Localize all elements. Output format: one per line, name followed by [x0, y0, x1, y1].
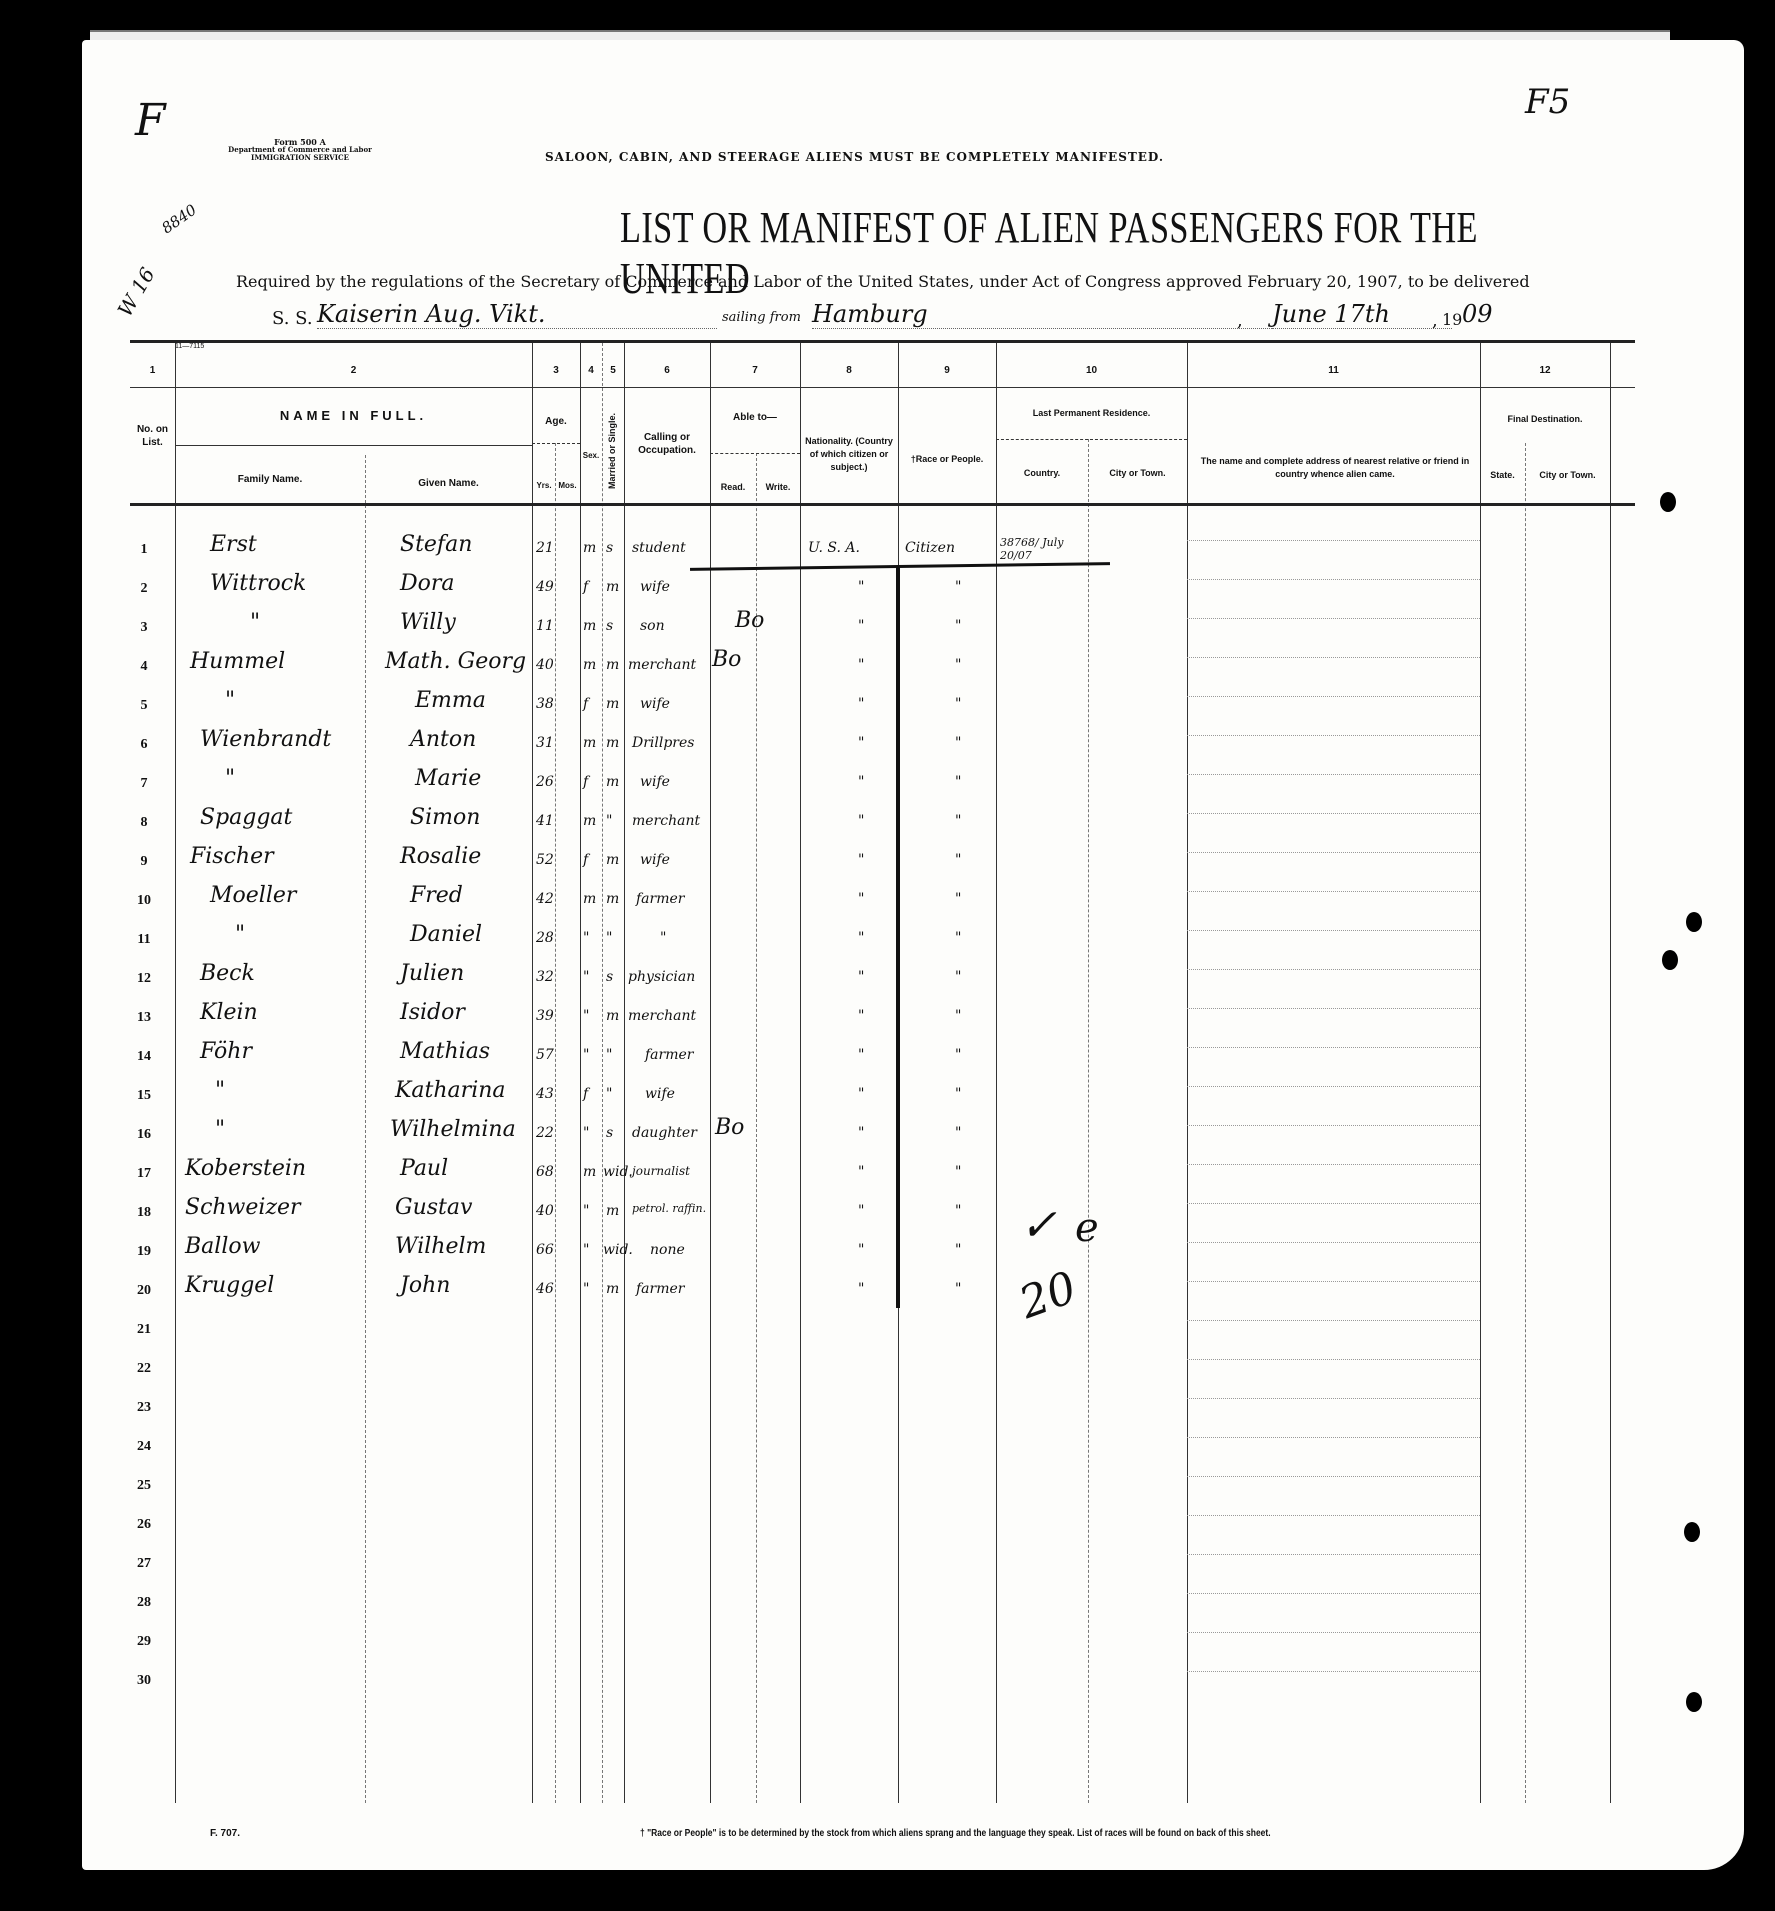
marital-status: s [606, 1125, 613, 1141]
race: " [955, 618, 961, 634]
marital-status: wid. [603, 1242, 633, 1258]
family-name: " [225, 766, 235, 791]
family-name: Schweizer [185, 1195, 301, 1220]
race: " [955, 1047, 961, 1063]
ship-name: Kaiserin Aug. Vikt. [317, 300, 717, 329]
occupation: physician [628, 969, 695, 985]
sex: " [583, 969, 589, 985]
row-number: 25 [126, 1478, 162, 1494]
age: 40 [536, 1203, 554, 1219]
given-name: Stefan [400, 532, 472, 557]
nationality: " [858, 1164, 864, 1180]
occupation: merchant [628, 1008, 696, 1024]
nationality: " [858, 774, 864, 790]
age: 26 [536, 774, 554, 790]
sex: " [583, 1047, 589, 1063]
family-name: " [215, 1078, 225, 1103]
row-number: 9 [126, 854, 162, 870]
header-name-in-full: NAME IN FULL. [175, 409, 532, 422]
sailing-date: June 17th [1272, 300, 1422, 329]
row-number: 8 [126, 815, 162, 831]
occupation: merchant [632, 813, 700, 829]
col-num-10: 10 [996, 365, 1187, 376]
sex: f [583, 1086, 588, 1102]
given-name: Willy [400, 610, 456, 635]
col-num-5: 5 [602, 365, 624, 376]
family-name: Wienbrandt [200, 727, 331, 752]
footer-form-code: F. 707. [210, 1828, 240, 1839]
occupation: son [640, 618, 665, 634]
punch-hole [1684, 1522, 1700, 1542]
given-name: Gustav [395, 1195, 472, 1220]
col-num-7: 7 [710, 365, 800, 376]
sex: " [583, 1125, 589, 1141]
race: " [955, 891, 961, 907]
nationality: " [858, 579, 864, 595]
race: " [955, 774, 961, 790]
family-name: Beck [200, 961, 255, 986]
given-name: Katharina [395, 1078, 506, 1103]
row-number: 3 [126, 620, 162, 636]
row-number: 1 [126, 542, 162, 558]
given-name: John [400, 1273, 450, 1298]
sex: m [583, 735, 596, 751]
nationality: " [858, 813, 864, 829]
nationality: " [858, 1242, 864, 1258]
voyage-line: S. S. Kaiserin Aug. Vikt. sailing from H… [272, 300, 1602, 340]
occupation: farmer [645, 1047, 693, 1063]
header-able-to: Able to— [710, 411, 800, 424]
marital-status: " [606, 1047, 612, 1063]
col-num-6: 6 [624, 365, 710, 376]
age: 46 [536, 1281, 554, 1297]
given-name: Wilhelmina [390, 1117, 516, 1142]
sex: m [583, 657, 596, 673]
race: " [955, 1125, 961, 1141]
header-nearest-relative: The name and complete address of nearest… [1200, 455, 1470, 481]
col-num-12: 12 [1480, 365, 1610, 376]
age: 41 [536, 813, 554, 829]
header-given-name: Given Name. [365, 477, 532, 490]
race: " [955, 1164, 961, 1180]
header-married-single: Married or Single. [606, 403, 619, 499]
nationality: " [858, 1281, 864, 1297]
given-name: Mathias [400, 1039, 490, 1064]
ship-prefix: S. S. [272, 308, 313, 329]
given-name: Paul [400, 1156, 448, 1181]
sailing-label: sailing from [722, 310, 801, 325]
row-number: 30 [126, 1673, 162, 1689]
header-months: Mos. [555, 479, 580, 492]
given-name: Math. Georg [385, 649, 526, 674]
sex: " [583, 1203, 589, 1219]
header-years: Yrs. [532, 479, 556, 492]
given-name: Marie [415, 766, 481, 791]
sex: " [583, 930, 589, 946]
corner-mark-right: F5 [1525, 82, 1570, 122]
sex: f [583, 852, 588, 868]
age: 28 [536, 930, 554, 946]
occupation: wife [640, 774, 670, 790]
row-number: 10 [126, 893, 162, 909]
row-number: 28 [126, 1595, 162, 1611]
header-family-name: Family Name. [175, 473, 365, 486]
occupation: student [632, 540, 686, 556]
row-number: 5 [126, 698, 162, 714]
header-age: Age. [532, 415, 580, 428]
sex: m [583, 891, 596, 907]
col-num-9: 9 [898, 365, 996, 376]
punch-hole [1660, 492, 1676, 512]
occupation: merchant [628, 657, 696, 673]
marital-status: m [606, 891, 619, 907]
row-number: 12 [126, 971, 162, 987]
family-name: " [250, 610, 260, 635]
race: Citizen [905, 540, 955, 556]
occupation: wife [640, 852, 670, 868]
nationality: " [858, 1125, 864, 1141]
print-code: 11—7115 [175, 343, 204, 350]
form-identifier: Form 500 A Department of Commerce and La… [200, 138, 400, 162]
given-name: Julien [400, 961, 464, 986]
occupation: wife [640, 579, 670, 595]
nationality: " [858, 1047, 864, 1063]
marital-status: m [606, 852, 619, 868]
age: 31 [536, 735, 554, 751]
family-name: Klein [200, 1000, 258, 1025]
given-name: Anton [410, 727, 476, 752]
clerk-mark: e [1075, 1205, 1099, 1251]
row-number: 13 [126, 1010, 162, 1026]
header-race: †Race or People. [898, 453, 996, 466]
marital-status: " [606, 813, 612, 829]
race: " [955, 696, 961, 712]
age: 21 [536, 540, 554, 556]
family-name: Föhr [200, 1039, 252, 1064]
nationality: " [858, 891, 864, 907]
given-name: Wilhelm [395, 1234, 486, 1259]
race-footnote: † "Race or People" is to be determined b… [640, 1828, 1271, 1839]
year-suffix: 09 [1462, 300, 1493, 328]
header-city-town: City or Town. [1088, 467, 1187, 480]
marital-status: s [606, 969, 613, 985]
row-number: 19 [126, 1244, 162, 1260]
marital-status: m [606, 1008, 619, 1024]
header-sex: Sex. [580, 449, 602, 462]
col-num-1: 1 [130, 365, 175, 376]
race: " [955, 657, 961, 673]
sex: " [583, 1281, 589, 1297]
marital-status: wid. [603, 1164, 633, 1180]
given-name: Emma [415, 688, 486, 713]
marital-status: m [606, 657, 619, 673]
row-number: 7 [126, 776, 162, 792]
row-number: 6 [126, 737, 162, 753]
row-number: 21 [126, 1322, 162, 1338]
occupation: wife [645, 1086, 675, 1102]
col-num-3: 3 [532, 365, 580, 376]
family-name: " [215, 1117, 225, 1142]
sex: " [583, 1008, 589, 1024]
age: 57 [536, 1047, 554, 1063]
occupation: farmer [636, 1281, 684, 1297]
row-number: 11 [126, 932, 162, 948]
read-write: Bo [715, 1115, 744, 1140]
nationality: " [858, 735, 864, 751]
header-state: State. [1480, 469, 1525, 482]
race: " [955, 579, 961, 595]
family-name: " [235, 922, 245, 947]
sex: m [583, 813, 596, 829]
family-name: " [225, 688, 235, 713]
row-number: 22 [126, 1361, 162, 1377]
steerage-banner: SALOON, CABIN, AND STEERAGE ALIENS MUST … [545, 150, 1164, 164]
nationality: " [858, 657, 864, 673]
age: 32 [536, 969, 554, 985]
manifest-table: 11—7115 1 2 3 4 5 6 7 8 9 10 11 12 No. o… [130, 340, 1635, 1803]
nationality: " [858, 1008, 864, 1024]
header-no-on-list: No. on List. [130, 423, 175, 449]
sex: " [583, 1242, 589, 1258]
col-num-8: 8 [800, 365, 898, 376]
row-number: 23 [126, 1400, 162, 1416]
sex: f [583, 696, 588, 712]
row-number: 24 [126, 1439, 162, 1455]
row-number: 17 [126, 1166, 162, 1182]
nationality: " [858, 852, 864, 868]
age: 22 [536, 1125, 554, 1141]
col-num-11: 11 [1187, 365, 1480, 376]
header-occupation: Calling or Occupation. [630, 431, 704, 457]
sex: f [583, 579, 588, 595]
nationality: " [858, 1086, 864, 1102]
given-name: Rosalie [400, 844, 481, 869]
age: 43 [536, 1086, 554, 1102]
family-name: Moeller [210, 883, 296, 908]
given-name: Daniel [410, 922, 482, 947]
age: 66 [536, 1242, 554, 1258]
punch-hole [1686, 1692, 1702, 1712]
family-name: Hummel [190, 649, 285, 674]
occupation: wife [640, 696, 670, 712]
family-name: Erst [210, 532, 257, 557]
nationality: " [858, 969, 864, 985]
given-name: Simon [410, 805, 480, 830]
age: 52 [536, 852, 554, 868]
age: 42 [536, 891, 554, 907]
race: " [955, 852, 961, 868]
row-number: 16 [126, 1127, 162, 1143]
sex: f [583, 774, 588, 790]
corner-mark-left: F [135, 95, 166, 146]
service-name: IMMIGRATION SERVICE [200, 154, 400, 162]
marital-status: s [606, 618, 613, 634]
nationality: U. S. A. [808, 540, 860, 556]
family-name: Koberstein [185, 1156, 306, 1181]
header-country: Country. [996, 467, 1088, 480]
nationality: " [858, 618, 864, 634]
header-dest-city: City or Town. [1525, 469, 1610, 482]
row-number: 27 [126, 1556, 162, 1572]
occupation: Drillpres [632, 735, 694, 751]
given-name: Fred [410, 883, 463, 908]
occupation: farmer [636, 891, 684, 907]
family-name: Spaggat [200, 805, 292, 830]
marital-status: m [606, 735, 619, 751]
nationality: " [858, 1203, 864, 1219]
col-num-2: 2 [175, 365, 532, 376]
nationality: " [858, 930, 864, 946]
race: " [955, 1281, 961, 1297]
family-name: Kruggel [185, 1273, 274, 1298]
marital-status: s [606, 540, 613, 556]
marital-status: m [606, 696, 619, 712]
race: " [955, 1086, 961, 1102]
sex: m [583, 618, 596, 634]
occupation: petrol. raffin. [632, 1203, 712, 1214]
marital-status: m [606, 1281, 619, 1297]
race: " [955, 969, 961, 985]
row-number: 29 [126, 1634, 162, 1650]
sex: m [583, 1164, 596, 1180]
age: 40 [536, 657, 554, 673]
race: " [955, 1008, 961, 1024]
col-num-4: 4 [580, 365, 602, 376]
age: 49 [536, 579, 554, 595]
read-write: Bo [735, 608, 764, 633]
row-number: 18 [126, 1205, 162, 1221]
marital-status: m [606, 1203, 619, 1219]
marital-status: m [606, 579, 619, 595]
read-write: Bo [712, 647, 741, 672]
header-read: Read. [710, 481, 756, 494]
age: 39 [536, 1008, 554, 1024]
punch-hole [1662, 950, 1678, 970]
check-mark-icon: ✓ [1020, 1200, 1057, 1251]
family-name: Fischer [190, 844, 274, 869]
row-number: 15 [126, 1088, 162, 1104]
row-number: 4 [126, 659, 162, 675]
row-number: 26 [126, 1517, 162, 1533]
header-nationality: Nationality. (Country of which citizen o… [802, 435, 896, 474]
nationality: " [858, 696, 864, 712]
race: " [955, 1242, 961, 1258]
marital-status: m [606, 774, 619, 790]
marital-status: " [606, 930, 612, 946]
age: 38 [536, 696, 554, 712]
given-name: Dora [400, 571, 455, 596]
naturalization-note: 38768/ July 20/07 [1000, 536, 1070, 562]
age: 11 [536, 618, 554, 634]
row-number: 20 [126, 1283, 162, 1299]
race: " [955, 813, 961, 829]
occupation: journalist [632, 1164, 690, 1178]
punch-hole [1686, 912, 1702, 932]
family-name: Wittrock [210, 571, 306, 596]
occupation: none [650, 1242, 685, 1258]
header-write: Write. [756, 481, 800, 494]
race: " [955, 735, 961, 751]
row-number: 2 [126, 581, 162, 597]
family-name: Ballow [185, 1234, 260, 1259]
sex: m [583, 540, 596, 556]
race: " [955, 930, 961, 946]
age: 68 [536, 1164, 554, 1180]
header-last-residence: Last Permanent Residence. [996, 407, 1187, 420]
race: " [955, 1203, 961, 1219]
occupation: daughter [632, 1125, 697, 1141]
marital-status: " [606, 1086, 612, 1102]
page-subtitle: Required by the regulations of the Secre… [236, 272, 1530, 291]
year-prefix: 19 [1442, 310, 1462, 329]
occupation: " [660, 930, 666, 946]
row-number: 14 [126, 1049, 162, 1065]
given-name: Isidor [400, 1000, 465, 1025]
header-final-destination: Final Destination. [1480, 413, 1610, 426]
